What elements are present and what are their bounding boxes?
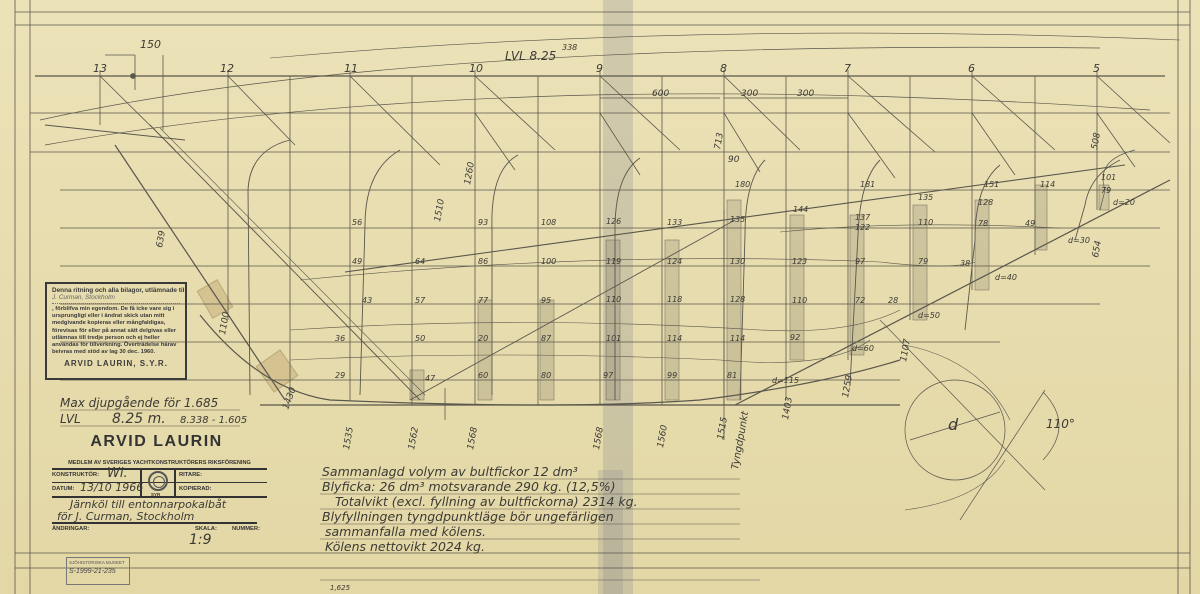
note-line-6: Kölens nettovikt 2024 kg.	[325, 539, 485, 554]
syr-logo-icon	[148, 471, 168, 491]
dim-1430: 1430	[281, 386, 298, 411]
dim-600: 600	[652, 89, 669, 99]
notice-line-1: Denna ritning och alla bilagor, utlämnad…	[52, 287, 180, 294]
offset: 28	[888, 296, 898, 305]
offset: 101	[1101, 173, 1116, 182]
offset: 114	[1040, 180, 1055, 189]
offset: 133	[667, 218, 682, 227]
divider	[174, 468, 176, 498]
tyngdpunkt-label: Tyngdpunkt	[730, 410, 751, 471]
dim-639: 639	[155, 230, 168, 249]
offset: 137	[855, 213, 871, 222]
offset: 80	[541, 371, 551, 380]
offset: 72	[855, 296, 865, 305]
note-line-5: sammanfalla med kölens.	[325, 524, 486, 539]
draft-note-line-1: Max djupgående för 1.685	[60, 396, 218, 410]
bottom-dim-1568b: 1568	[592, 426, 606, 451]
kopierad-label: KOPIERAD:	[179, 486, 212, 492]
offset: 123	[792, 257, 807, 266]
bottom-dim-1515: 1515	[716, 416, 730, 441]
station-13: 13	[93, 62, 107, 75]
konstruktor-label: KONSTRUKTÖR:	[52, 472, 99, 478]
dim-300a: 300	[741, 89, 758, 99]
station-7: 7	[844, 62, 851, 75]
notice-body: , förblifva min egendom. De få icke vare…	[52, 306, 180, 356]
station-10: 10	[469, 62, 483, 75]
offset: 38	[960, 259, 970, 268]
draft-note-lvl: LVL	[60, 412, 81, 426]
title-block: ARVID LAURIN MEDLEM AV SVERIGES YACHTKON…	[52, 433, 267, 538]
offset: 130	[730, 257, 745, 266]
offset: 151	[984, 180, 999, 189]
offset: 93	[478, 218, 488, 227]
nummer-label: NUMMER:	[232, 526, 260, 532]
station-6: 6	[968, 62, 975, 75]
konstruktor-value: Wl.	[107, 466, 128, 481]
membership-line: MEDLEM AV SVERIGES YACHTKONSTRUKTÖRERS R…	[52, 460, 267, 466]
bottom-dim-1535: 1535	[342, 426, 356, 451]
note-line-1: Sammanlagd volym av bultfickor 12 dm³	[322, 464, 578, 479]
offset: 95	[541, 296, 551, 305]
offset: 97	[603, 371, 614, 380]
offset: 110	[792, 296, 807, 305]
lvl-superscript: 338	[562, 43, 577, 52]
offset: 114	[667, 334, 682, 343]
offset: 78	[978, 219, 988, 228]
offset: 92	[790, 333, 800, 342]
offset: 77	[478, 296, 489, 305]
station-5: 5	[1093, 62, 1100, 75]
offset: 128	[978, 198, 993, 207]
offset: 124	[667, 257, 682, 266]
radius-label: d=40	[995, 273, 1017, 282]
note-line-3: Totalvikt (excl. fyllning av bultfickorn…	[335, 494, 638, 509]
dim-90: 90	[728, 155, 740, 165]
offset: 50	[415, 334, 425, 343]
station-11: 11	[344, 62, 358, 75]
offset: 43	[362, 296, 372, 305]
offset: 180	[735, 180, 750, 189]
draft-note-calc: 8.338 - 1.605	[180, 415, 247, 426]
divider	[52, 468, 267, 470]
dim-1100: 1100	[218, 311, 232, 336]
lvl-label: LVL 8.25	[505, 49, 556, 63]
offset: 110	[918, 218, 933, 227]
dim-1510: 1510	[433, 198, 447, 223]
offset: 135	[730, 215, 745, 224]
offset: 122	[855, 223, 870, 232]
notice-recipient: J. Curman, Stockholm	[52, 294, 180, 304]
bottom-small-label: 1,625	[330, 584, 351, 592]
offset: 108	[541, 218, 556, 227]
bottom-dim-1568a: 1568	[466, 426, 480, 451]
offset: 100	[541, 257, 556, 266]
museum-stamp-number: S-1999-21-235	[69, 568, 127, 575]
offset: 49	[1025, 219, 1035, 228]
station-8: 8	[720, 62, 727, 75]
bottom-dim-1560: 1560	[656, 424, 670, 449]
radius-label: d=60	[852, 344, 874, 353]
radius-label: d=50	[918, 311, 940, 320]
offset: 81	[727, 371, 737, 380]
museum-stamp: SJÖHISTORISKA MUSEET S-1999-21-235	[66, 557, 130, 585]
draft-note-length: 8.25 m.	[112, 411, 166, 427]
offset: 99	[667, 371, 677, 380]
offset: 36	[335, 334, 345, 343]
offset: 86	[478, 257, 488, 266]
drawing-sheet: 13 12 11 10 9 8 7 6 5 LVL 8.25 338 150 6…	[0, 0, 1200, 594]
dim-1259: 1259	[841, 374, 855, 399]
datum-value: 13/10 1966	[80, 481, 143, 494]
note-line-2: Blyficka: 26 dm³ motsvarande 290 kg. (12…	[322, 479, 615, 494]
radius-label: d=30	[1068, 236, 1090, 245]
datum-label: DATUM:	[52, 486, 74, 492]
offset: 56	[352, 218, 362, 227]
offset: 97	[855, 257, 866, 266]
offset: 144	[793, 205, 808, 214]
andringar-label: ÄNDRINGAR:	[52, 526, 89, 532]
offset: 135	[918, 193, 933, 202]
offset: 29	[335, 371, 345, 380]
station-12: 12	[220, 62, 234, 75]
dim-508: 508	[1090, 132, 1103, 151]
radius-label: d=115	[772, 376, 799, 385]
dim-654: 654	[1091, 240, 1104, 259]
offset: 64	[415, 257, 425, 266]
offset: 128	[730, 295, 745, 304]
offset: 79	[1101, 186, 1111, 195]
dim-300b: 300	[797, 89, 814, 99]
title-block-grid: KONSTRUKTÖR: Wl. DATUM: 13/10 1966 RITAR…	[52, 468, 267, 538]
offset: 101	[606, 334, 621, 343]
offset: 119	[606, 257, 621, 266]
offset: 181	[860, 180, 875, 189]
offset: 110	[606, 295, 621, 304]
dim-150: 150	[140, 38, 161, 51]
bottom-dim-1562: 1562	[407, 426, 421, 451]
offset: 49	[352, 257, 362, 266]
skala-value: 1:9	[189, 532, 212, 548]
offset: 114	[730, 334, 745, 343]
station-9: 9	[596, 62, 603, 75]
offset: 20	[478, 334, 488, 343]
museum-stamp-name: SJÖHISTORISKA MUSEET	[69, 560, 127, 565]
description-line-2: för J. Curman, Stockholm	[57, 510, 194, 523]
offset: 87	[541, 334, 552, 343]
offset: 118	[667, 295, 682, 304]
dim-1403: 1403	[781, 396, 795, 421]
copyright-notice-stamp: Denna ritning och alla bilagor, utlämnad…	[45, 282, 187, 380]
radius-label: d=20	[1113, 198, 1135, 207]
ritare-label: RITARE:	[179, 472, 202, 478]
offset: 60	[478, 371, 488, 380]
notice-signature: ARVID LAURIN, S.Y.R.	[52, 359, 180, 368]
offset: 47	[425, 374, 436, 383]
syr-logo-text: SYR	[151, 492, 160, 497]
offset: 57	[415, 296, 426, 305]
angle-label: 110°	[1046, 417, 1075, 431]
note-line-4: Blyfyllningen tyngdpunktläge bör ungefär…	[322, 509, 614, 524]
detail-d-label: d	[948, 415, 959, 434]
offset: 126	[606, 217, 621, 226]
offset: 79	[918, 257, 928, 266]
firm-name: ARVID LAURIN	[46, 433, 267, 451]
